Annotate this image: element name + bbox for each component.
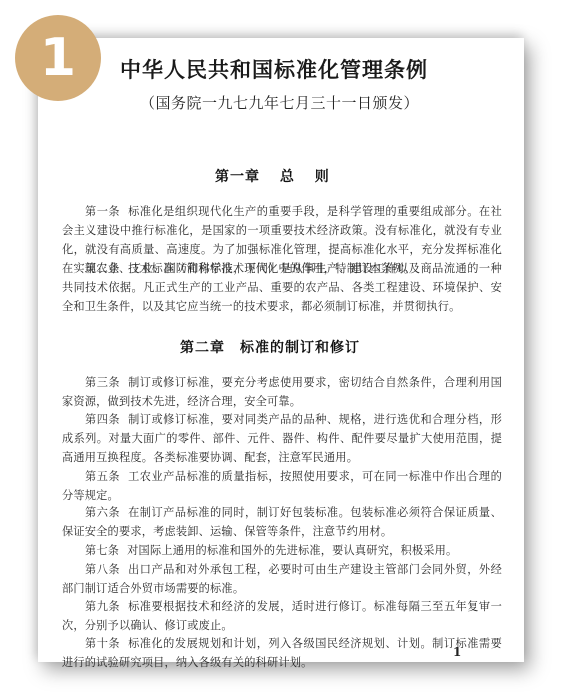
article-text: 工农业产品标准的质量指标，按照使用要求，可在同一标准中作出合理的分等规定。 (62, 470, 502, 502)
document-subtitle: （国务院一九七九年七月三十一日颁发） (140, 92, 419, 113)
article-text: 对国际上通用的标准和国外的先进标准，要认真研究，积极采用。 (127, 544, 457, 557)
chapter-heading-1: 第一章 总 则 (215, 166, 330, 186)
article-label: 第六条 (85, 506, 120, 519)
article-text: 出口产品和对外承包工程，必要时可由生产建设主管部门会同外贸，外经部门制订适合外贸… (62, 563, 502, 595)
article-7: 第七条对国际上通用的标准和国外的先进标准，要认真研究，积极采用。 (62, 541, 502, 560)
article-label: 第三条 (85, 376, 120, 389)
article-text: 制订或修订标准，要充分考虑使用要求，密切结合自然条件，合理利用国家资源，做到技术… (62, 376, 502, 408)
article-5: 第五条工农业产品标准的质量指标，按照使用要求，可在同一标准中作出合理的分等规定。 (62, 467, 502, 505)
article-label: 第十条 (85, 637, 120, 650)
article-text: 制订或修订标准，要对同类产品的品种、规格，进行选优和合理分档，形成系列。对量大面… (62, 413, 502, 464)
article-label: 第七条 (85, 544, 119, 557)
article-label: 第一条 (85, 205, 120, 218)
step-number-badge: 1 (15, 15, 101, 101)
article-4: 第四条制订或修订标准，要对同类产品的品种、规格，进行选优和合理分档，形成系列。对… (62, 410, 502, 467)
article-3: 第三条制订或修订标准，要充分考虑使用要求，密切结合自然条件，合理利用国家资源，做… (62, 373, 502, 411)
article-label: 第四条 (85, 413, 120, 426)
step-number: 1 (40, 32, 76, 84)
chapter-heading-2: 第二章 标准的制订和修订 (180, 337, 360, 357)
article-text: 技术标准（简称标准，下同）是从事生产、建设工作以及商品流通的一种共同技术依据。凡… (62, 262, 502, 313)
document-title: 中华人民共和国标准化管理条例 (120, 54, 500, 84)
article-text: 标准化的发展规划和计划，列入各级国民经济规划、计划。制订标准需要进行的试验研究项… (62, 637, 502, 669)
article-text: 标准要根据技术和经济的发展，适时进行修订。标准每隔三至五年复审一次，分别予以确认… (62, 600, 502, 632)
article-label: 第五条 (85, 470, 120, 483)
article-label: 第八条 (85, 563, 120, 576)
article-6: 第六条在制订产品标准的同时，制订好包装标准。包装标准必须符合保证质量、保证安全的… (62, 503, 502, 541)
article-2: 第二条技术标准（简称标准，下同）是从事生产、建设工作以及商品流通的一种共同技术依… (62, 259, 502, 316)
article-10: 第十条标准化的发展规划和计划，列入各级国民经济规划、计划。制订标准需要进行的试验… (62, 634, 502, 672)
article-label: 第二条 (85, 262, 120, 275)
page-number: 1 (453, 645, 461, 659)
article-text: 在制订产品标准的同时，制订好包装标准。包装标准必须符合保证质量、保证安全的要求，… (62, 506, 502, 538)
article-label: 第九条 (85, 600, 120, 613)
article-8: 第八条出口产品和对外承包工程，必要时可由生产建设主管部门会同外贸，外经部门制订适… (62, 560, 502, 598)
article-9: 第九条标准要根据技术和经济的发展，适时进行修订。标准每隔三至五年复审一次，分别予… (62, 597, 502, 635)
